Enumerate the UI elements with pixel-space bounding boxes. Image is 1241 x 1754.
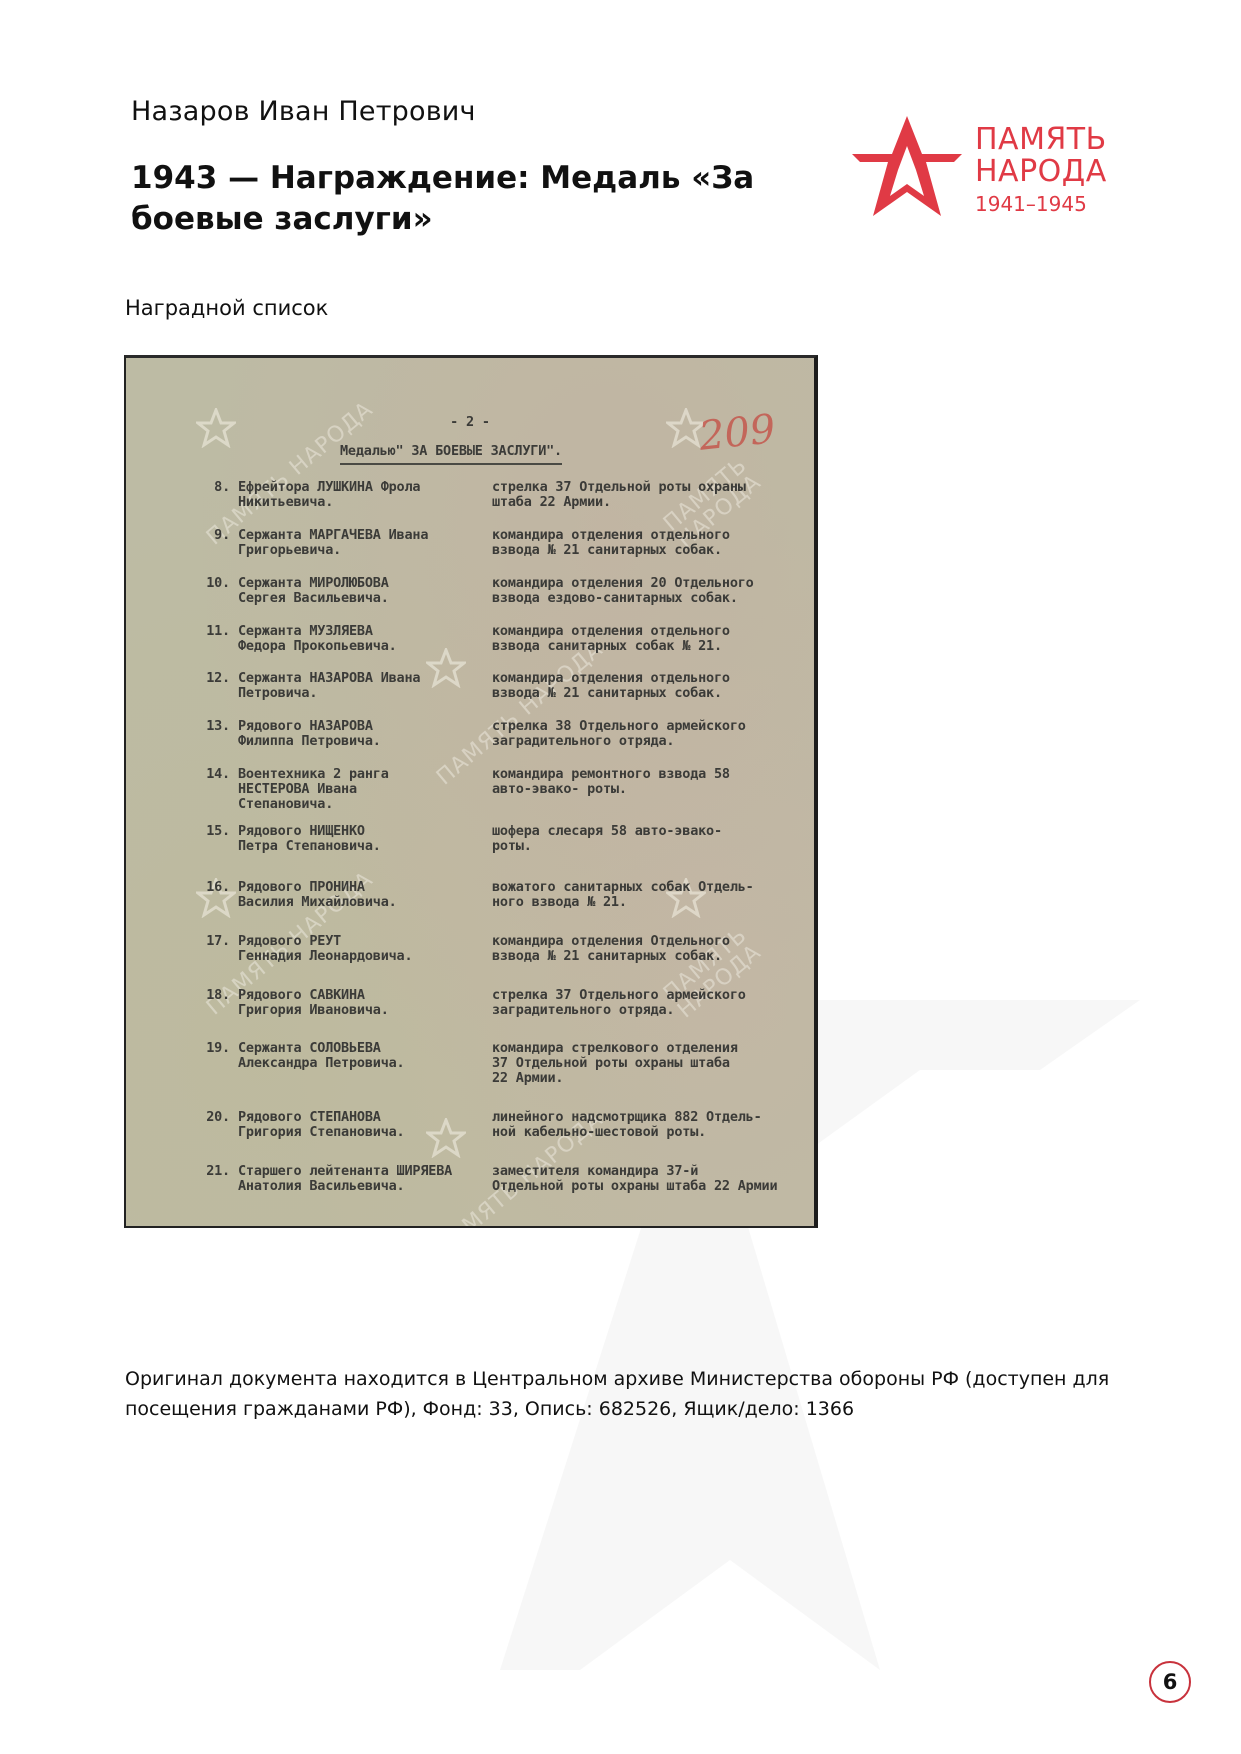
entry-role: вожатого санитарных собак Отдель- ного в…	[492, 880, 812, 910]
entry-role: командира отделения отдельного взвода № …	[492, 671, 812, 701]
red-star-icon	[852, 116, 962, 222]
entry-num: 19.	[188, 1041, 230, 1056]
entry-num: 13.	[188, 719, 230, 734]
person-name: Назаров Иван Петрович	[131, 96, 476, 127]
logo-years: 1941–1945	[975, 190, 1107, 218]
entry-name: Рядового НАЗАРОВА Филиппа Петровича.	[238, 719, 468, 749]
entry-name: Рядового НИЩЕНКО Петра Степановича.	[238, 824, 468, 854]
entry-role: линейного надсмотрщика 882 Отдель- ной к…	[492, 1110, 812, 1140]
award-list-scan[interactable]: ПАМЯТЬ НАРОДА ПАМЯТЬ НАРОДА ПАМЯТЬ НАРОД…	[124, 355, 818, 1228]
entry-name: Сержанта МИРОЛЮБОВА Сергея Васильевича.	[238, 576, 468, 606]
entry-name: Рядового САВКИНА Григория Ивановича.	[238, 988, 468, 1018]
entry-num: 21.	[188, 1164, 230, 1179]
entry-num: 16.	[188, 880, 230, 895]
entry-name: Сержанта НАЗАРОВА Ивана Петровича.	[238, 671, 468, 701]
entry-num: 11.	[188, 624, 230, 639]
entry-num: 10.	[188, 576, 230, 591]
entry-num: 14.	[188, 767, 230, 782]
entry-name: Сержанта СОЛОВЬЕВА Александра Петровича.	[238, 1041, 468, 1071]
entry-role: командира отделения отдельного взвода са…	[492, 624, 812, 654]
entry-role: шофера слесаря 58 авто-эвако- роты.	[492, 824, 812, 854]
entry-num: 17.	[188, 934, 230, 949]
entry-num: 15.	[188, 824, 230, 839]
logo-line-2: НАРОДА	[975, 156, 1107, 188]
entry-role: командира стрелкового отделения 37 Отдел…	[492, 1041, 812, 1086]
entry-role: стрелка 38 Отдельного армейского загради…	[492, 719, 812, 749]
handwritten-note: 209	[697, 406, 778, 460]
entry-num: 12.	[188, 671, 230, 686]
doc-heading: Медалью" ЗА БОЕВЫЕ ЗАСЛУГИ".	[340, 444, 562, 465]
archive-caption: Оригинал документа находится в Центральн…	[125, 1364, 1125, 1424]
entry-name: Ефрейтора ЛУШКИНА Фрола Никитьевича.	[238, 480, 468, 510]
logo-line-1: ПАМЯТЬ	[975, 124, 1107, 156]
entry-name: Старшего лейтенанта ШИРЯЕВА Анатолия Вас…	[238, 1164, 468, 1194]
entry-role: командира ремонтного взвода 58 авто-эвак…	[492, 767, 812, 797]
pamyat-naroda-logo[interactable]: ПАМЯТЬ НАРОДА 1941–1945	[852, 116, 1152, 226]
entry-role: командира отделения Отдельного взвода № …	[492, 934, 812, 964]
entry-role: командира отделения 20 Отдельного взвода…	[492, 576, 812, 606]
entry-name: Рядового РЕУТ Геннадия Леонардовича.	[238, 934, 468, 964]
entry-name: Воентехника 2 ранга НЕСТЕРОВА Ивана Степ…	[238, 767, 468, 812]
section-label: Наградной список	[125, 296, 328, 320]
entry-name: Рядового СТЕПАНОВА Григория Степановича.	[238, 1110, 468, 1140]
entry-role: стрелка 37 Отдельной роты охраны штаба 2…	[492, 480, 812, 510]
entry-num: 18.	[188, 988, 230, 1003]
page-number: 6	[1149, 1661, 1191, 1703]
entry-name: Рядового ПРОНИНА Василия Михайловича.	[238, 880, 468, 910]
entry-num: 9.	[188, 528, 230, 543]
entry-num: 8.	[188, 480, 230, 495]
entry-name: Сержанта МАРГАЧЕВА Ивана Григорьевича.	[238, 528, 468, 558]
entry-num: 20.	[188, 1110, 230, 1125]
entry-role: командира отделения отдельного взвода № …	[492, 528, 812, 558]
entry-role: стрелка 37 Отдельного армейского загради…	[492, 988, 812, 1018]
page-title: 1943 — Награждение: Медаль «За боевые за…	[131, 158, 791, 240]
entry-role: заместителя командира 37-й Отдельной рот…	[492, 1164, 812, 1194]
entry-name: Сержанта МУЗЛЯЕВА Федора Прокопьевича.	[238, 624, 468, 654]
